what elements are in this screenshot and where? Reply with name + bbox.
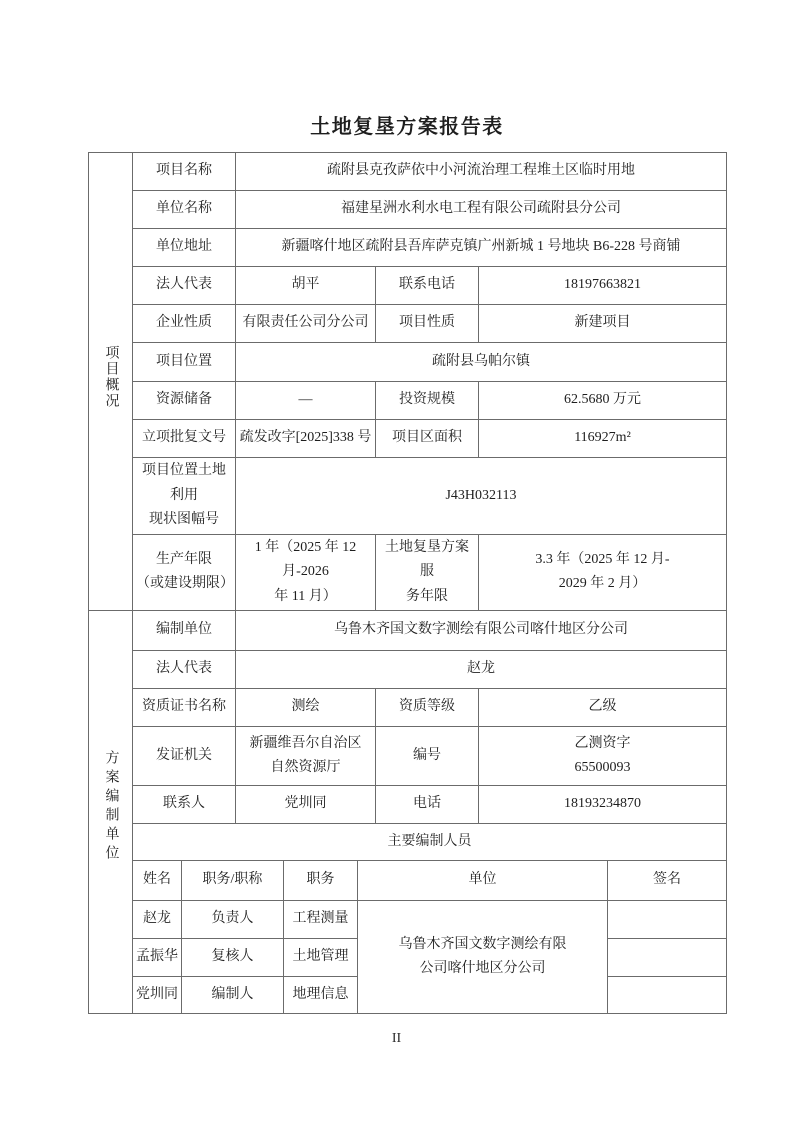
- cell-service-period-value: 3.3 年（2025 年 12 月- 2029 年 2 月）: [479, 534, 727, 611]
- side-label-project-overview-text: 项目概况: [104, 345, 118, 409]
- cell-project-nature-label: 项目性质: [376, 305, 479, 343]
- cell-project-location-label: 项目位置: [133, 343, 236, 382]
- staff-duty-0: 工程测量: [284, 901, 358, 939]
- cell-project-area-value: 116927m²: [479, 420, 727, 458]
- cell-enterprise-nature-value: 有限责任公司分公司: [236, 305, 376, 343]
- side-label-plan-compiler-text: 方案编制单位: [104, 750, 118, 864]
- cell-resource-reserve-value: —: [236, 382, 376, 420]
- cell-approval-doc-value: 疏发改字[2025]338 号: [236, 420, 376, 458]
- cell-investment-scale-label: 投资规模: [376, 382, 479, 420]
- cell-certificate-no-value: 乙测资字 65500093: [479, 727, 727, 786]
- cell-project-area-label: 项目区面积: [376, 420, 479, 458]
- staff-section-title: 主要编制人员: [133, 824, 727, 861]
- cell-service-period-label: 土地复垦方案服 务年限: [376, 534, 479, 611]
- signature-cell-2: [608, 977, 727, 1014]
- staff-col-role: 职务/职称: [182, 861, 284, 901]
- cell-legal-rep-value: 胡平: [236, 267, 376, 305]
- cell-resource-reserve-label: 资源储备: [133, 382, 236, 420]
- cell-contact-person-label: 联系人: [133, 786, 236, 824]
- staff-role-0: 负责人: [182, 901, 284, 939]
- cell-compiler-legal-rep-value: 赵龙: [236, 651, 727, 689]
- cell-project-name-value: 疏附县克孜萨依中小河流治理工程堆土区临时用地: [236, 153, 727, 191]
- cell-enterprise-nature-label: 企业性质: [133, 305, 236, 343]
- cell-contact-tel-label: 电话: [376, 786, 479, 824]
- cell-contact-person-value: 党圳同: [236, 786, 376, 824]
- staff-col-unit: 单位: [358, 861, 608, 901]
- signature-cell-0: [608, 901, 727, 939]
- cell-map-sheet-value: J43H032113: [236, 458, 727, 535]
- signature-cell-1: [608, 939, 727, 977]
- cell-project-nature-value: 新建项目: [479, 305, 727, 343]
- cell-contact-tel-value: 18193234870: [479, 786, 727, 824]
- cell-compiler-unit-label: 编制单位: [133, 611, 236, 651]
- cell-investment-scale-value: 62.5680 万元: [479, 382, 727, 420]
- staff-col-duty: 职务: [284, 861, 358, 901]
- staff-role-2: 编制人: [182, 977, 284, 1014]
- cell-compiler-legal-rep-label: 法人代表: [133, 651, 236, 689]
- cell-issuing-authority-label: 发证机关: [133, 727, 236, 786]
- report-table: 项目概况 项目名称 疏附县克孜萨依中小河流治理工程堆土区临时用地 单位名称 福建…: [88, 152, 727, 1014]
- cell-project-location-value: 疏附县乌帕尔镇: [236, 343, 727, 382]
- cell-contact-phone-value: 18197663821: [479, 267, 727, 305]
- cell-production-period-value: 1 年（2025 年 12 月-2026 年 11 月）: [236, 534, 376, 611]
- cell-legal-rep-label: 法人代表: [133, 267, 236, 305]
- page-number: II: [0, 1031, 793, 1047]
- cell-compiler-unit-value: 乌鲁木齐国文数字测绘有限公司喀什地区分公司: [236, 611, 727, 651]
- staff-duty-2: 地理信息: [284, 977, 358, 1014]
- cell-certificate-name-value: 测绘: [236, 689, 376, 727]
- staff-name-0: 赵龙: [133, 901, 182, 939]
- cell-certificate-name-label: 资质证书名称: [133, 689, 236, 727]
- document-page: 土地复垦方案报告表 项目概况 项目名称 疏附县克孜萨依中小河流治理工程堆土区临时…: [0, 0, 793, 1121]
- staff-col-signature: 签名: [608, 861, 727, 901]
- cell-qualification-grade-label: 资质等级: [376, 689, 479, 727]
- cell-map-sheet-label: 项目位置土地利用 现状图幅号: [133, 458, 236, 535]
- cell-certificate-no-label: 编号: [376, 727, 479, 786]
- cell-company-address-value: 新疆喀什地区疏附县吾库萨克镇广州新城 1 号地块 B6-228 号商铺: [236, 229, 727, 267]
- cell-approval-doc-label: 立项批复文号: [133, 420, 236, 458]
- cell-contact-phone-label: 联系电话: [376, 267, 479, 305]
- cell-project-name-label: 项目名称: [133, 153, 236, 191]
- staff-role-1: 复核人: [182, 939, 284, 977]
- cell-company-name-value: 福建星洲水利水电工程有限公司疏附县分公司: [236, 191, 727, 229]
- staff-name-2: 党圳同: [133, 977, 182, 1014]
- cell-company-address-label: 单位地址: [133, 229, 236, 267]
- side-label-project-overview: 项目概况: [89, 153, 133, 611]
- cell-production-period-label: 生产年限 （或建设期限）: [133, 534, 236, 611]
- staff-name-1: 孟振华: [133, 939, 182, 977]
- staff-col-name: 姓名: [133, 861, 182, 901]
- staff-unit-cell: 乌鲁木齐国文数字测绘有限 公司喀什地区分公司: [358, 901, 608, 1014]
- cell-qualification-grade-value: 乙级: [479, 689, 727, 727]
- cell-company-name-label: 单位名称: [133, 191, 236, 229]
- page-title: 土地复垦方案报告表: [88, 113, 726, 142]
- cell-issuing-authority-value: 新疆维吾尔自治区 自然资源厅: [236, 727, 376, 786]
- staff-duty-1: 土地管理: [284, 939, 358, 977]
- side-label-plan-compiler: 方案编制单位: [89, 611, 133, 1014]
